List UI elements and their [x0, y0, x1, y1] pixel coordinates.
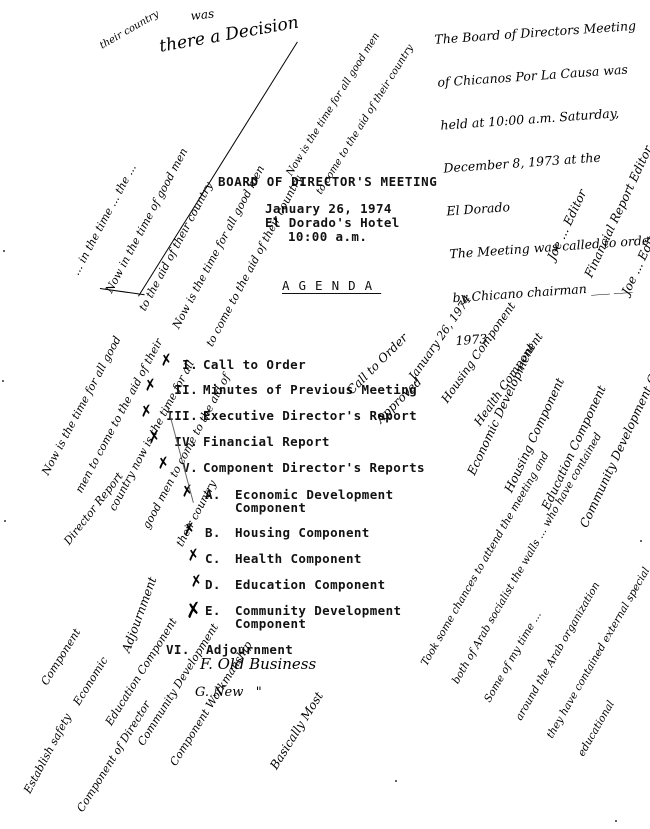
note-line: Community Development	[136, 619, 223, 748]
scan-speck	[2, 380, 4, 382]
subitem-label-continued: Component	[235, 616, 306, 631]
scan-speck	[3, 250, 5, 252]
note-line: The Board of Directors Meeting	[434, 18, 641, 47]
handwritten-their-country: their country	[98, 9, 161, 52]
handwritten-establish-safety: Establish safety	[22, 712, 75, 796]
handwritten-decision: there a Decision	[158, 14, 300, 58]
subitem-label-continued: Component	[235, 500, 306, 515]
note-line: country now is the time for all	[107, 354, 200, 513]
scan-speck	[640, 540, 642, 542]
note-line: Now is the time for all good	[40, 319, 133, 478]
subitem-label: Health Component	[235, 551, 362, 566]
note-line: held at 10:00 a.m. Saturday,	[440, 104, 647, 133]
subitem-label: Housing Component	[235, 525, 370, 540]
scan-speck	[4, 520, 6, 522]
subitem-letter: D.	[205, 577, 221, 592]
check-mark-icon: ✗	[189, 571, 205, 591]
note-line: Some of my time ...	[482, 449, 636, 704]
note-line: good men to come to the aid of	[141, 372, 234, 531]
scanned-document-page: BOARD OF DIRECTOR'S MEETING January 26, …	[0, 0, 650, 829]
note-line: of Chicanos Por La Causa was	[437, 61, 644, 90]
scan-speck	[395, 780, 397, 782]
note-line: men to come to the aid of their	[74, 337, 167, 496]
note-line: to come to the aid of their country	[204, 174, 305, 349]
handwritten-basically-most: Basically Most	[268, 690, 327, 772]
note-line: Component	[39, 559, 126, 688]
handwritten-old-business: F. Old Business	[200, 656, 316, 673]
handwritten-meeting-notes: Took some chances to attend the meeting …	[398, 401, 650, 771]
handwritten-new-business: G. New "	[195, 686, 262, 701]
handwritten-was: was	[190, 8, 215, 24]
subitem-label: Education Component	[235, 577, 386, 592]
scan-speck	[615, 820, 617, 822]
handwritten-practice-paragraph-2: Now is the time for all good men to come…	[18, 307, 289, 561]
agenda-heading: AGENDA	[282, 278, 381, 293]
